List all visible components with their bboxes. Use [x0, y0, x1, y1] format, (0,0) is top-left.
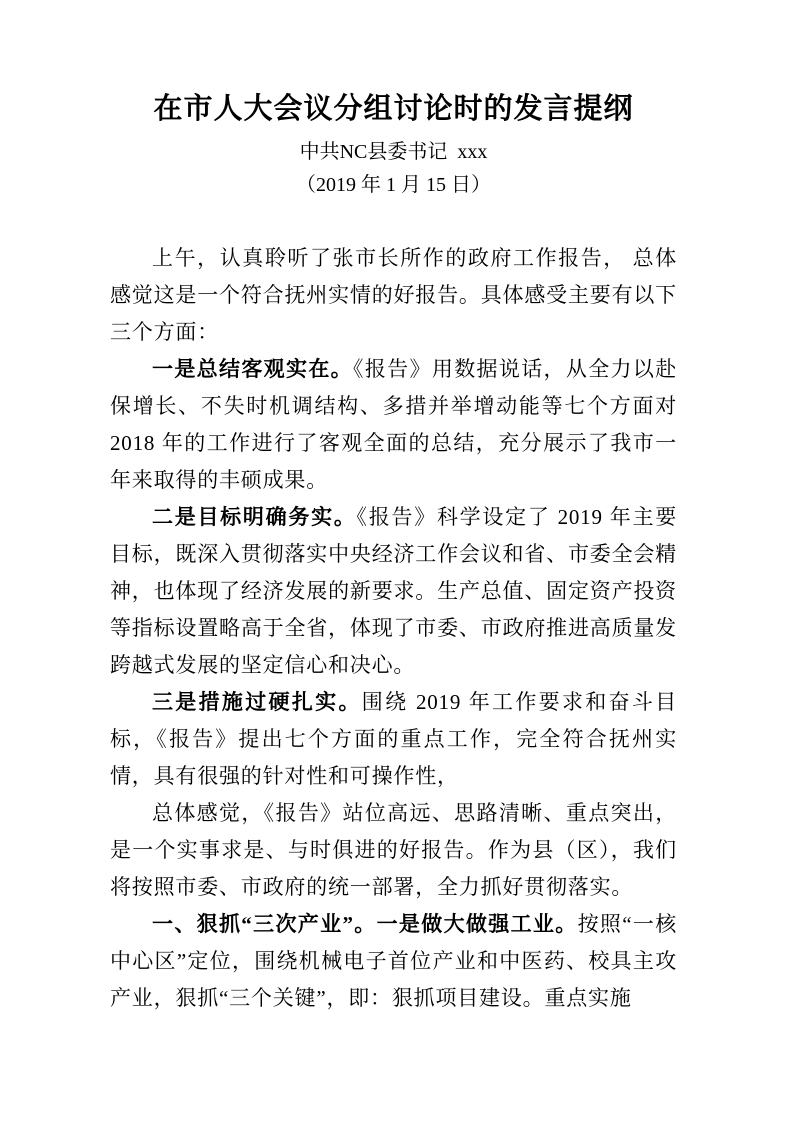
document-date: （2019 年 1 月 15 日） — [110, 170, 677, 200]
paragraph-lead: 三是措施过硬扎实。 — [152, 690, 362, 714]
paragraph-point-2: 二是目标明确务实。《报告》科学设定了 2019 年主要目标，既深入贯彻落实中央经… — [110, 499, 677, 684]
paragraph-text: 总体感觉，《报告》站位高远、思路清晰、重点突出，是一个实事求是、与时俱进的好报告… — [110, 801, 677, 899]
document-title: 在市人大会议分组讨论时的发言提纲 — [110, 0, 677, 128]
paragraph-point-1: 一是总结客观实在。《报告》用数据说话，从全力以赴保增长、不失时机调结构、多措并举… — [110, 351, 677, 499]
paragraph-text: 上午，认真聆听了张市长所作的政府工作报告， 总体感觉这是一个符合抚州实情的好报告… — [110, 246, 677, 344]
paragraph-intro: 上午，认真聆听了张市长所作的政府工作报告， 总体感觉这是一个符合抚州实情的好报告… — [110, 240, 677, 351]
paragraph-section-1: 一、狠抓“三次产业”。一是做大做强工业。按照“一核中心区”定位，围绕机械电子首位… — [110, 906, 677, 1017]
paragraph-summary: 总体感觉，《报告》站位高远、思路清晰、重点突出，是一个实事求是、与时俱进的好报告… — [110, 795, 677, 906]
paragraph-lead: 一、狠抓“三次产业”。一是做大做强工业。 — [152, 912, 578, 936]
paragraph-lead: 二是目标明确务实。 — [152, 505, 357, 529]
paragraph-text: 《报告》科学设定了 2019 年主要目标，既深入贯彻落实中央经济工作会议和省、市… — [110, 505, 677, 677]
document-byline: 中共NC县委书记 xxx — [110, 138, 677, 166]
paragraph-point-3: 三是措施过硬扎实。围绕 2019 年工作要求和奋斗目标，《报告》提出七个方面的重… — [110, 684, 677, 795]
paragraph-lead: 一是总结客观实在。 — [152, 357, 353, 381]
document-page: 在市人大会议分组讨论时的发言提纲 中共NC县委书记 xxx （2019 年 1 … — [0, 0, 793, 1122]
document-body: 上午，认真聆听了张市长所作的政府工作报告， 总体感觉这是一个符合抚州实情的好报告… — [110, 240, 677, 1017]
